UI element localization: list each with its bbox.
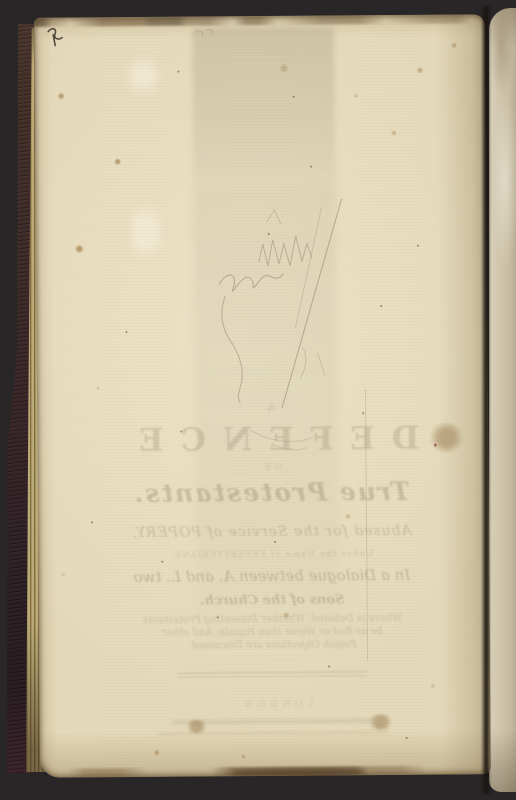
paper-fleck	[406, 737, 408, 739]
ink-offset-smudge	[192, 27, 335, 196]
gutter-shadow	[481, 6, 491, 794]
paper-fleck	[417, 245, 419, 247]
foxing-spot	[279, 64, 288, 73]
foxing-spot	[416, 67, 423, 74]
ghost-frame-rule	[365, 389, 368, 661]
paper-light-patch	[128, 55, 158, 97]
paper-fleck	[180, 431, 182, 433]
foxing-spot	[451, 42, 457, 48]
foxing-spot	[283, 612, 290, 619]
paper-fleck	[268, 233, 270, 235]
foxing-spot	[114, 158, 121, 165]
foxing-spot	[154, 750, 160, 756]
ghost-line-imprint-city: LONDON:	[47, 698, 491, 712]
foxing-spot	[58, 93, 65, 100]
paper-fleck	[380, 305, 382, 307]
page-top-toning	[34, 14, 485, 27]
paper-fleck	[91, 521, 93, 523]
book-scan-photo: A DEFENCE OF True Protestants. Abused fo…	[0, 0, 516, 800]
paper-fleck	[161, 561, 163, 563]
stain-smudge	[368, 714, 394, 730]
paper-fleck	[328, 665, 330, 667]
ink-mark-corner	[48, 29, 62, 46]
blank-verso-page: A DEFENCE OF True Protestants. Abused fo…	[34, 14, 491, 778]
stain-smudge	[186, 719, 208, 733]
stain-smudge	[429, 422, 463, 452]
foxing-spot	[61, 573, 65, 577]
paper-fleck	[125, 331, 127, 333]
ghost-double-rule	[178, 671, 368, 677]
paper-fleck	[362, 412, 364, 414]
next-page-edge-right	[489, 8, 516, 792]
paper-fleck	[274, 541, 276, 543]
paper-fleck	[177, 71, 179, 73]
paper-light-patch	[131, 199, 160, 265]
paper-fleck	[217, 616, 219, 618]
foxing-spot	[430, 684, 435, 689]
foxing-spot	[354, 93, 359, 98]
red-ink-speck	[434, 444, 436, 447]
paper-fleck	[293, 96, 295, 98]
ink-offset-smudge-lower	[193, 193, 339, 666]
foxing-spot	[391, 130, 397, 136]
foxing-spot	[241, 754, 246, 759]
foxing-spot	[75, 244, 84, 253]
paper-fleck	[310, 166, 312, 168]
foxing-spot	[96, 386, 100, 390]
foxing-spot	[345, 513, 351, 519]
